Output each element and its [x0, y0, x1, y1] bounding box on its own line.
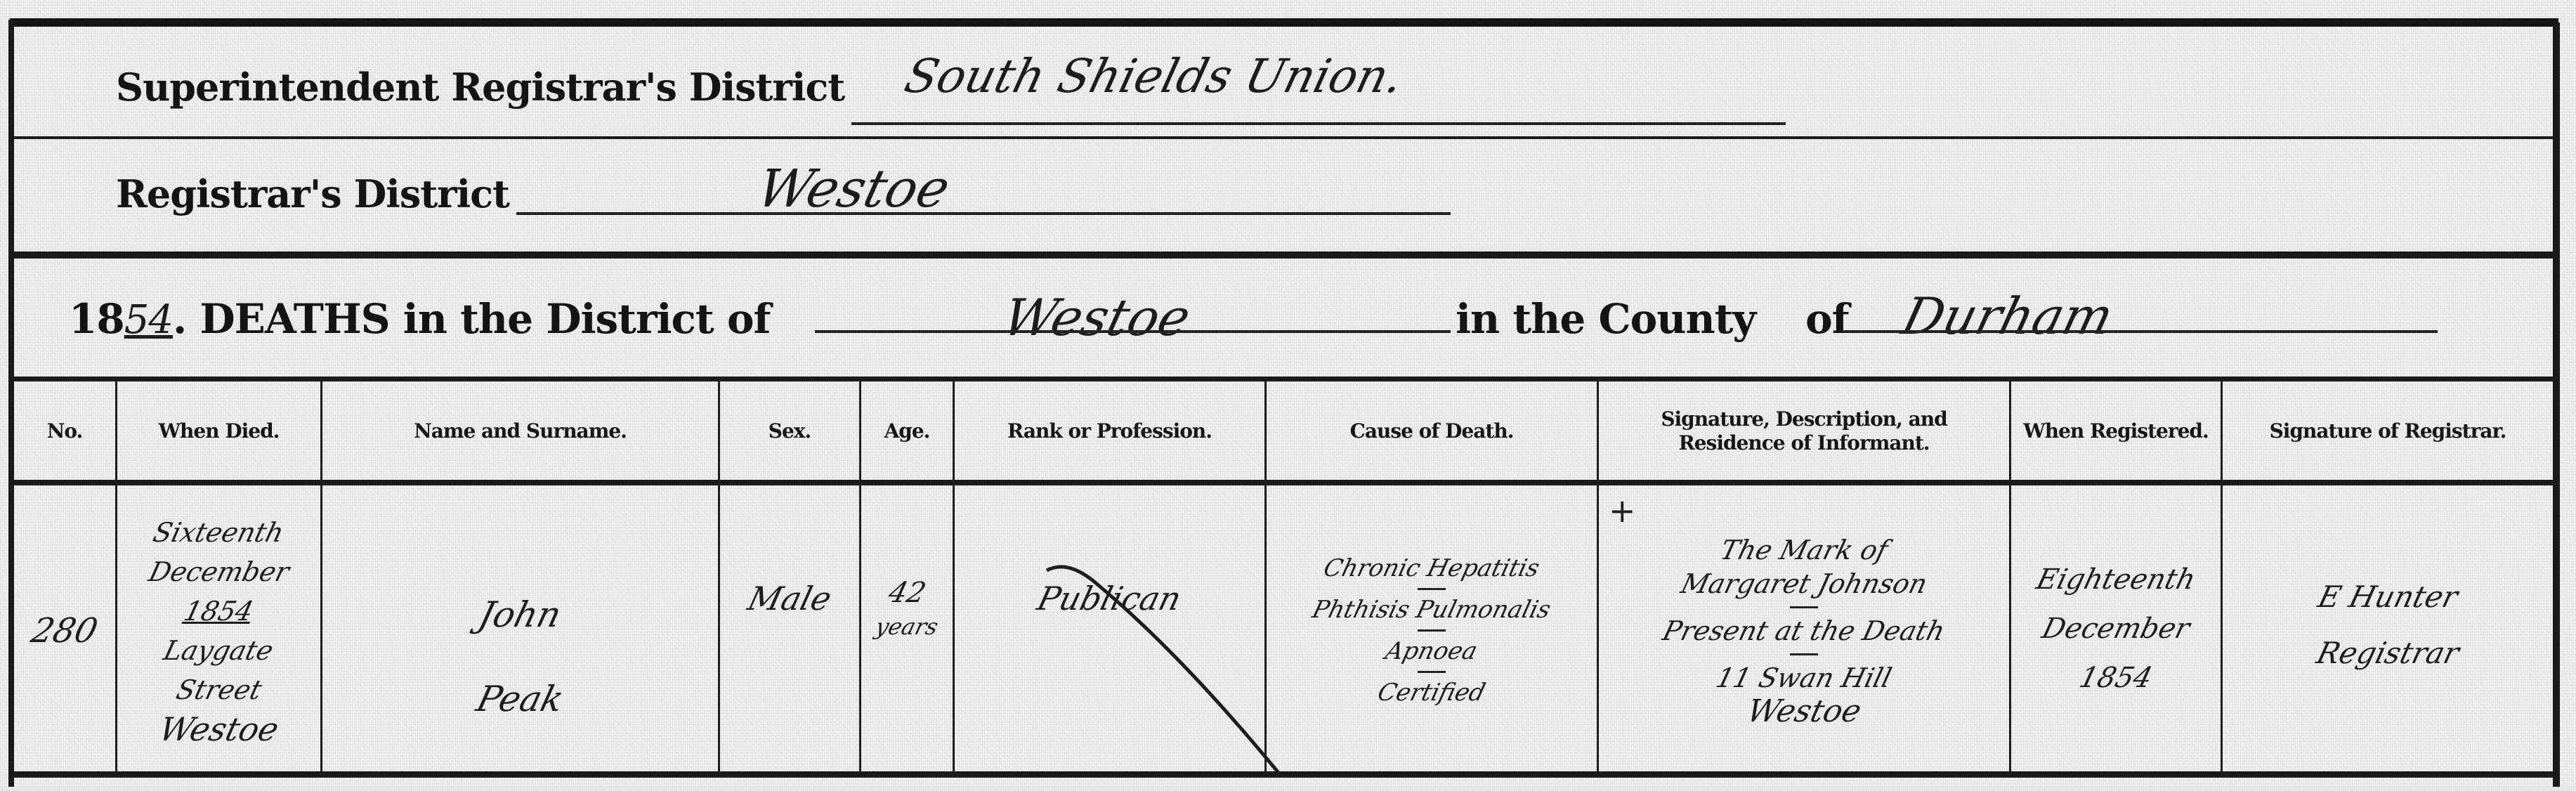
column-header-name: Name and Surname. — [322, 383, 718, 480]
column-header-rank: Rank or Profession. — [955, 383, 1264, 480]
column-header-when-died: When Died. — [117, 383, 320, 480]
cause-certification: Certified — [1375, 679, 1488, 707]
frame-top-border — [10, 18, 2558, 27]
deceased-sex: Male — [744, 580, 835, 617]
death-year: 1854 — [180, 591, 258, 631]
table-header-bottom-rule — [14, 480, 2553, 485]
county-label: in the County — [1456, 295, 1756, 343]
thick-section-rule — [14, 251, 2553, 259]
table-top-rule — [14, 377, 2553, 381]
registrar-district-underline — [516, 212, 1451, 215]
cell-no: 280 — [14, 492, 115, 769]
death-day: Sixteenth — [149, 513, 288, 552]
cell-when-registered: Eighteenth December 1854 — [2011, 492, 2221, 769]
year-suffix: 54 — [124, 297, 173, 343]
cell-informant: The Mark of Margaret Johnson Present at … — [1599, 492, 2009, 769]
cause-line-3: Apnoea — [1382, 637, 1480, 665]
informant-line-1: The Mark of — [1717, 533, 1891, 567]
deaths-heading: 1854. DEATHS in the District of — [69, 295, 771, 343]
deaths-district-label: . DEATHS in the District of — [173, 295, 771, 343]
deaths-district-underline — [815, 330, 1451, 333]
deceased-age-unit: years — [872, 610, 942, 643]
cause-line-2: Phthisis Pulmonalis — [1309, 596, 1553, 624]
row-divider-1 — [14, 136, 2553, 139]
informant-residence-line-1: 11 Swan Hill — [1713, 661, 1895, 695]
separator-dash — [1418, 629, 1446, 632]
column-header-when-registered: When Registered. — [2011, 383, 2221, 480]
death-place-line-3: Westoe — [155, 710, 283, 749]
informant-name: Margaret Johnson — [1678, 567, 1931, 601]
county-value: Durham — [1897, 287, 2119, 346]
cell-registrar-signature: E Hunter Registrar — [2223, 492, 2553, 769]
registrar-title: Registrar — [2310, 625, 2465, 681]
deceased-age-value: 42 — [885, 576, 929, 610]
separator-dash — [1790, 606, 1818, 608]
registered-month: December — [2036, 604, 2195, 653]
separator-dash — [1418, 588, 1446, 590]
cause-line-1: Chronic Hepatitis — [1321, 554, 1543, 582]
county-underline — [1844, 330, 2438, 333]
entry-number: 280 — [27, 611, 102, 651]
cell-name: John Peak — [322, 492, 718, 769]
registered-year: 1854 — [2074, 653, 2157, 702]
cell-cause: Chronic Hepatitis Phthisis Pulmonalis Ap… — [1267, 492, 1597, 769]
death-place-line-1: Laygate — [159, 631, 277, 670]
column-header-registrar-signature: Signature of Registrar. — [2223, 383, 2553, 480]
frame-left-border — [8, 20, 14, 787]
deceased-forename: John — [469, 573, 570, 657]
separator-dash — [1790, 653, 1818, 655]
separator-dash — [1418, 671, 1446, 673]
deceased-surname: Peak — [467, 657, 573, 741]
year-prefix: 18 — [69, 295, 124, 343]
column-header-no: No. — [14, 383, 115, 480]
death-place-line-2: Street — [172, 670, 266, 710]
informant-residence-line-2: Westoe — [1744, 695, 1864, 728]
county-of-label: of — [1805, 295, 1849, 343]
column-header-sex: Sex. — [720, 383, 859, 480]
superintendent-district-label: Superintendent Registrar's District — [116, 65, 844, 110]
death-month: December — [145, 552, 294, 591]
cell-when-died: Sixteenth December 1854 Laygate Street W… — [117, 492, 320, 769]
superintendent-district-underline — [851, 122, 1786, 125]
column-header-cause: Cause of Death. — [1267, 383, 1597, 480]
registered-day: Eighteenth — [2031, 555, 2201, 604]
column-header-age: Age. — [861, 383, 953, 480]
superintendent-district-value: South Shields Union. — [899, 49, 1408, 103]
cell-age: 42 years — [861, 492, 953, 769]
informant-description: Present at the Death — [1659, 614, 1949, 648]
registrar-name: E Hunter — [2312, 569, 2464, 625]
cell-sex: Male — [720, 492, 859, 769]
deaths-district-value: Westoe — [998, 288, 1197, 347]
page-bottom-margin — [0, 787, 2576, 791]
frame-right-border — [2553, 22, 2560, 787]
registrar-district-label: Registrar's District — [116, 171, 509, 216]
registrar-district-value: Westoe — [751, 159, 955, 219]
column-header-informant: Signature, Description, and Residence of… — [1599, 383, 2009, 480]
